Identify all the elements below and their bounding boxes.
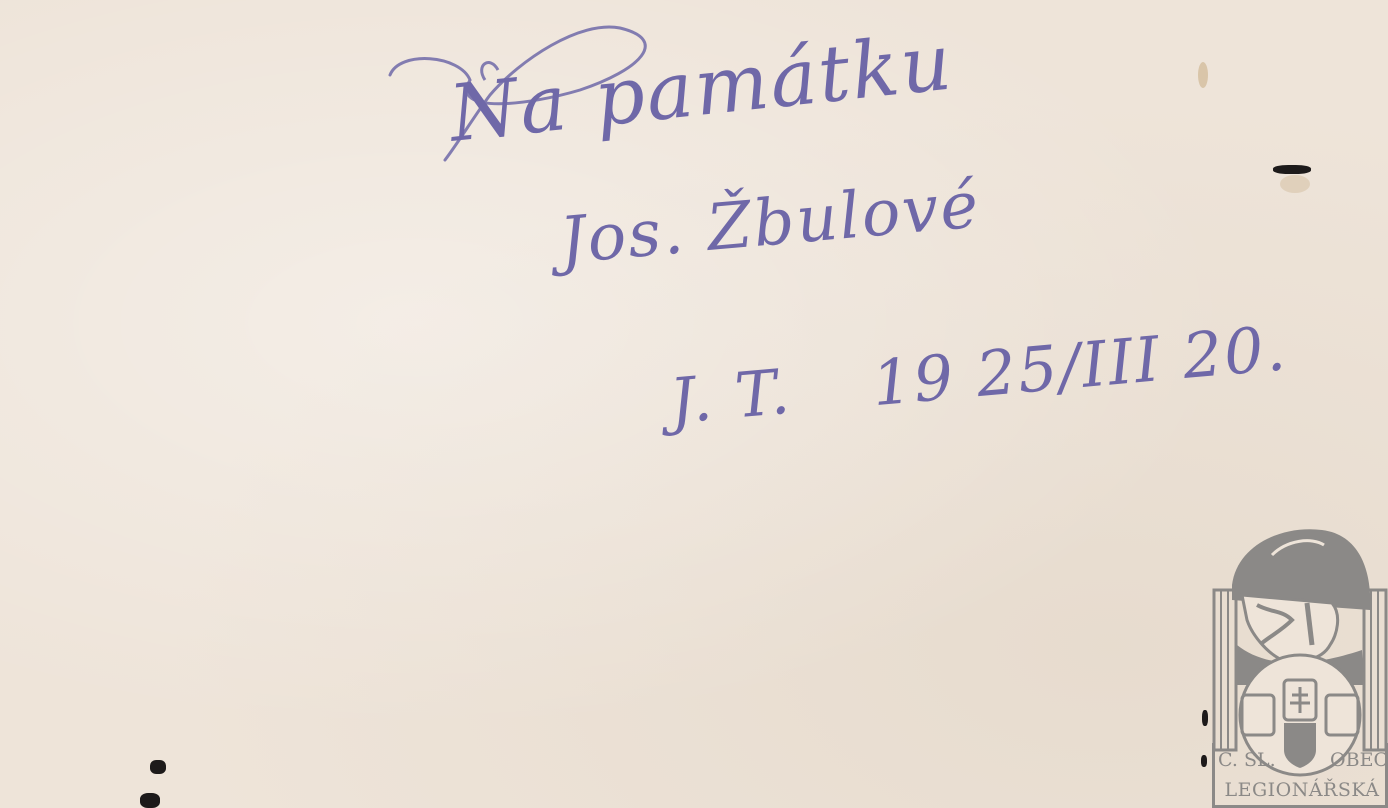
- logo-text-obec: OBEC: [1330, 749, 1388, 771]
- ink-blot: [1273, 165, 1311, 174]
- legion-association-logo: Č. SL. OBEC LEGIONÁŘSKÁ: [1212, 525, 1388, 808]
- stain-mark: [1198, 62, 1208, 88]
- ink-blot: [140, 793, 160, 808]
- logo-text-cs-sl: Č. SL.: [1218, 749, 1276, 771]
- ink-blot: [1202, 710, 1208, 726]
- logo-text-row1: Č. SL. OBEC: [1218, 749, 1388, 771]
- stain-mark: [1280, 175, 1310, 193]
- handwritten-initials: J. T.: [667, 355, 794, 438]
- ink-blot: [1201, 755, 1207, 767]
- ink-blot: [150, 760, 166, 774]
- logo-text-legionarska: LEGIONÁŘSKÁ: [1216, 779, 1388, 801]
